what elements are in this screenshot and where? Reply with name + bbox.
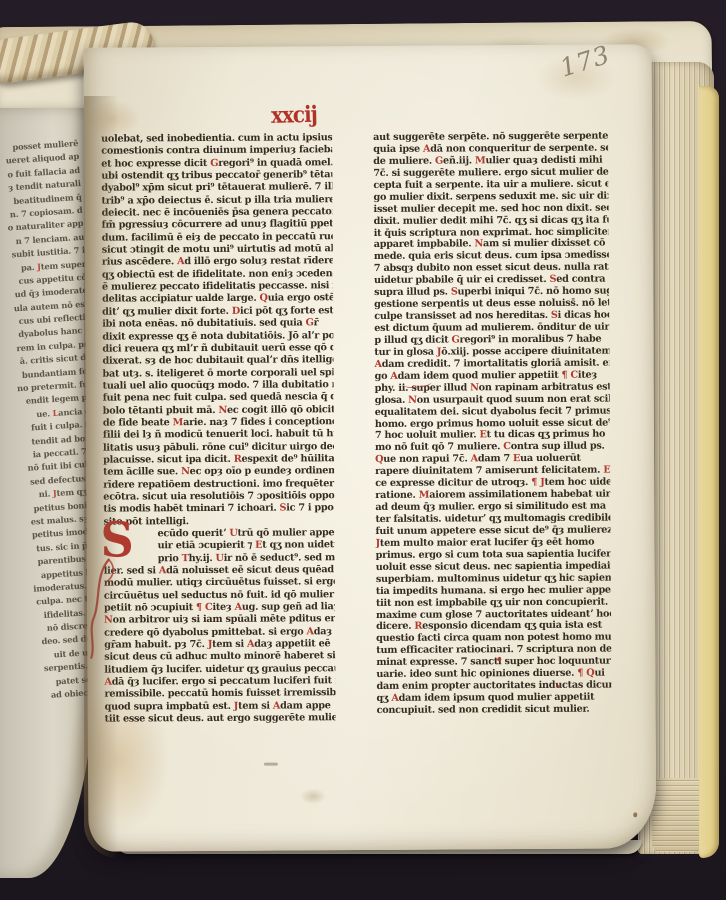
foxing-stain (300, 788, 326, 804)
text-line: dixit. mulier dedit mihi 7c̄. qʒ si dica… (374, 214, 609, 227)
text-line: remissibile. peccatū homis fuisset irrem… (104, 688, 335, 702)
text-line: ibi nota enēas. nō dubitatiuis. sed quia… (102, 317, 333, 331)
main-page: xxcij 173 uolebat, sed inobedientia. cum… (84, 44, 657, 851)
text-line: modū mulier. utiqȝ circūuētus fuisset. s… (104, 577, 335, 591)
text-line: glosa. Non usurpauit quod suum non erat … (375, 393, 610, 406)
text-column-right: aut suggerēte serpēte. nō suggerēte serp… (373, 131, 612, 717)
text-line: superbiam. multominus uidetur qʒ hic sap… (376, 572, 611, 585)
text-line: uoluit esse sicut deus. nec sapientia im… (376, 560, 611, 573)
text-line: tia impedits humana. si ergo hec mulier … (376, 584, 611, 597)
text-line: concupiuit. sed non credidit sicut mulie… (377, 704, 612, 717)
foxing-stain (86, 99, 140, 137)
text-line: dyabol⁹ xp̄m sicut pri⁹ tētauerat mulier… (101, 182, 332, 196)
text-line: dixit expresse qʒ ē nota dubitatiōis. Jō… (102, 330, 333, 344)
text-line: tem ācille sue. Nec opȝ oīo p eundeȝ ord… (103, 466, 334, 480)
text-line: rius ascēdere. Ad illō ergo soluȝ restat… (102, 256, 333, 270)
text-line: comestionis contra diuinum imperiuȝ faci… (101, 145, 332, 159)
red-ink-speck (557, 685, 560, 688)
text-line: filii dei lȝ ñ modicū tenuerit loci. hab… (103, 428, 334, 442)
text-line: go mulier dixit. serpens seduxit me. sic… (373, 190, 608, 203)
photo-scene: posset mulierēueret aliquod apo fuit fal… (0, 0, 726, 900)
text-line: fm̄ pgressiuȝ cōcurrere ad unuȝ flagitiū… (102, 219, 333, 233)
text-line: equalitatem dei. sicut dyabolus fecit 7 … (375, 405, 610, 418)
text-line: 7c̄. si suggerēte muliere. ergo sicut mu… (373, 166, 608, 179)
red-ink-speck (497, 657, 501, 661)
text-column-left: uolebat, sed inobedientia. cum in actu i… (101, 132, 336, 726)
text-line: tiit esse sicut deus. aut ergo suggerēte… (105, 712, 336, 726)
text-line: uir etiā ɔcupierit ⁊ Et qʒ non uidetur (104, 540, 335, 554)
text-line: dixerat. sȝ de hoc dubitauit qualʼr dn̄s… (102, 354, 333, 368)
faint-mark (264, 763, 278, 766)
text-line: cepta fuit a serpente. ita uir a muliere… (373, 178, 608, 191)
handwritten-folio-number: 173 (556, 40, 613, 83)
chapter-numeral: xxcij (262, 100, 327, 129)
text-line: primus. ergo si cum tota sua sapientia l… (376, 548, 611, 561)
text-line: tis modis habēt tminari 7 ichoari. Sic 7… (103, 503, 334, 517)
initial-flourish (86, 515, 133, 665)
text-line: tiit non est impbabile qʒ uir non concup… (376, 596, 611, 609)
text-line: Non arbitror uiȝ si iam spūali mēte pdit… (104, 614, 335, 628)
text-line: fuit pena nec fuit culpa. sed quedā nesc… (103, 391, 334, 405)
brown-speck (633, 812, 637, 817)
vellum-cover-right-edge (699, 86, 719, 858)
text-line: delitas accipiatur ualde large. Quia erg… (102, 293, 333, 307)
text-line: sicut deus cū adhuc multo minorē haberet… (104, 651, 335, 665)
facing-page-edge: posset mulierēueret aliquod apo fuit fal… (0, 108, 96, 878)
text-line: isset mulier decepit me. sed hoc non dix… (374, 202, 609, 215)
